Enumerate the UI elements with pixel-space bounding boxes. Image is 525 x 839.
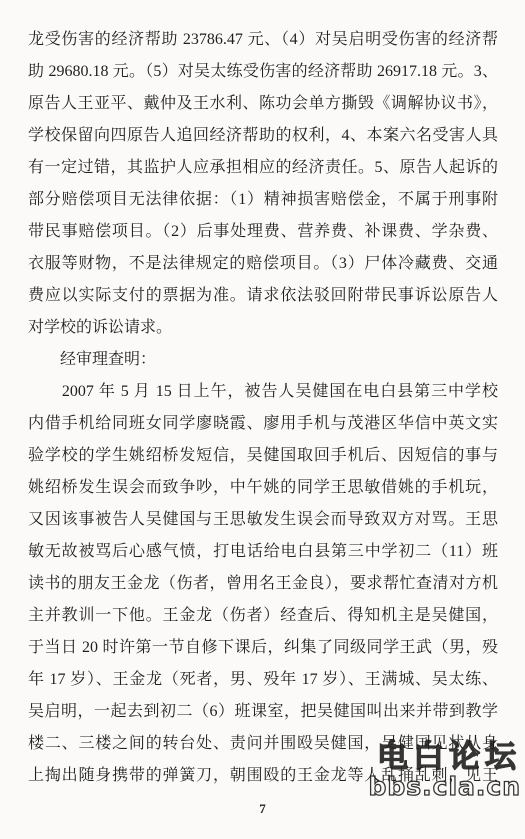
text-line: 读书的朋友王金龙（伤者，曾用名王金良），要求帮忙查清对方机: [28, 568, 498, 600]
text-line: 年 17 岁）、王金龙（死者，男、殁年 17 岁）、王满城、吴太练、: [28, 664, 498, 696]
text-line: 于当日 20 时许第一节自修下课后，纠集了同级同学王武（男，殁: [28, 632, 498, 664]
text-line: 学校保留向四原告人追回经济帮助的权利，4、本案六名受害人具: [28, 120, 498, 152]
text-line: 对学校的诉讼请求。: [28, 312, 498, 344]
text-line: 衣服等财物，不是法律规定的赔偿项目。（3）尸体冷藏费、交通: [28, 248, 498, 280]
text-line: 原告人王亚平、戴仲及王水利、陈功会单方撕毁《调解协议书》，: [28, 88, 498, 120]
text-line: 验学校的学生姚绍桥发短信，吴健国取回手机后、因短信的事与: [28, 440, 498, 472]
text-line: 上掏出随身携带的弹簧刀，朝围殴的王金龙等人乱捅乱刺，见王: [28, 760, 498, 792]
text-line: 部分赔偿项目无法律依据：（1）精神损害赔偿金，不属于刑事附: [28, 184, 498, 216]
text-line: 助 29680.18 元。（5）对吴太练受伤害的经济帮助 26917.18 元。…: [28, 56, 498, 88]
text-line: 吴启明，一起去到初二（6）班课室，把吴健国叫出来并带到教学: [28, 696, 498, 728]
document-page: 龙受伤害的经济帮助 23786.47 元、（4）对吴启明受伤害的经济帮助 296…: [0, 0, 525, 839]
text-line: 敏无故被骂后心感气愤，打电话给电白县第三中学初二（11）班: [28, 536, 498, 568]
text-line: 主并教训一下他。王金龙（伤者）经查后、得知机主是吴健国，: [28, 600, 498, 632]
text-line: 龙受伤害的经济帮助 23786.47 元、（4）对吴启明受伤害的经济帮: [28, 24, 498, 56]
page-number: 7: [0, 801, 525, 817]
text-line: 带民事赔偿项目。（2）后事处理费、营养费、补课费、学杂费、: [28, 216, 498, 248]
text-line: 经审理查明：: [28, 344, 498, 376]
text-line: 姚绍桥发生误会而致争吵，中午姚的同学王思敏借姚的手机玩，: [28, 472, 498, 504]
text-line: 有一定过错，其监护人应承担相应的经济责任。5、原告人起诉的: [28, 152, 498, 184]
text-line: 楼二、三楼之间的转台处、责问并围殴吴健国，吴健国见状从身: [28, 728, 498, 760]
text-line: 费应以实际支付的票据为准。请求依法驳回附带民事诉讼原告人: [28, 280, 498, 312]
text-line: 2007 年 5 月 15 日上午，被告人吴健国在电白县第三中学校: [28, 376, 498, 408]
text-line: 内借手机给同班女同学廖晓霞、廖用手机与茂港区华信中英文实: [28, 408, 498, 440]
text-line: 又因该事被告人吴健国与王思敏发生误会而导致双方对骂。王思: [28, 504, 498, 536]
document-text: 龙受伤害的经济帮助 23786.47 元、（4）对吴启明受伤害的经济帮助 296…: [28, 24, 498, 792]
